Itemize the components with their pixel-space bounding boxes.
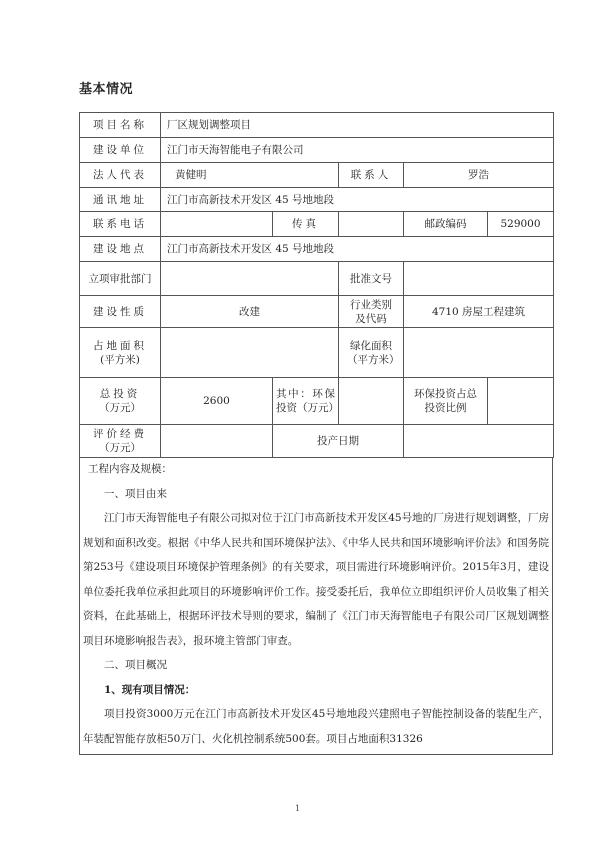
nature-value: 改建 xyxy=(161,296,339,328)
row-address: 通讯地址 江门市高新技术开发区 45 号地地段 xyxy=(80,188,554,212)
content-heading: 工程内容及规模： xyxy=(80,457,552,482)
builder-label: 建设单位 xyxy=(80,138,161,163)
green-area-label: 绿化面积（平方米） xyxy=(339,328,404,378)
env-ratio-value xyxy=(488,378,554,425)
paragraph-project-origin: 江门市天海智能电子有限公司拟对位于江门市高新技术开发区45号地的厂房进行规划调整… xyxy=(80,506,552,653)
project-name-value: 厂区规划调整项目 xyxy=(161,113,554,138)
land-area-label: 占地面积 (平方米) xyxy=(80,328,161,378)
subsection-existing-project: 1、现有项目情况： xyxy=(80,678,552,703)
start-date-label: 投产日期 xyxy=(273,425,404,458)
project-name-label: 项目名称 xyxy=(80,113,161,138)
industry-value: 4710 房屋工程建筑 xyxy=(404,296,554,328)
project-content-box: 工程内容及规模： 一、项目由来 江门市天海智能电子有限公司拟对位于江门市高新技术… xyxy=(79,457,553,755)
green-area-value xyxy=(404,328,554,378)
total-invest-label-1: 总投资 xyxy=(83,387,157,401)
approval-no-value xyxy=(404,262,554,296)
phone-label: 联系电话 xyxy=(80,212,161,237)
postcode-label: 邮政编码 xyxy=(404,212,488,237)
contact-value: 罗浩 xyxy=(404,163,554,188)
section-title: 基本情况 xyxy=(79,78,133,97)
row-eval-fee: 评价经费 （万元） 投产日期 xyxy=(80,425,554,458)
row-phone: 联系电话 传真 邮政编码 529000 xyxy=(80,212,554,237)
env-invest-label: 其中：环保投资（万元） xyxy=(273,378,339,425)
land-area-label-2: (平方米) xyxy=(83,353,157,367)
eval-fee-label-2: （万元） xyxy=(83,441,157,455)
row-area: 占地面积 (平方米) 绿化面积（平方米） xyxy=(80,328,554,378)
land-area-label-1: 占地面积 xyxy=(83,339,157,353)
basic-info-table: 项目名称 厂区规划调整项目 建设单位 江门市天海智能电子有限公司 法人代表 黄健… xyxy=(79,112,554,458)
phone-value xyxy=(161,212,273,237)
fax-value xyxy=(339,212,404,237)
paragraph-existing-project: 项目投资3000万元在江门市高新技术开发区45号地地段兴建照电子智能控制设备的装… xyxy=(80,702,552,751)
section-project-overview: 二、项目概况 xyxy=(80,653,552,678)
site-label: 建设地点 xyxy=(80,237,161,262)
approval-dept-value xyxy=(161,262,339,296)
eval-fee-label: 评价经费 （万元） xyxy=(80,425,161,458)
row-investment: 总投资 （万元） 2600 其中：环保投资（万元） 环保投资占总投资比例 xyxy=(80,378,554,425)
env-invest-value xyxy=(339,378,404,425)
row-site: 建设地点 江门市高新技术开发区 45 号地地段 xyxy=(80,237,554,262)
total-invest-value: 2600 xyxy=(161,378,273,425)
eval-fee-label-1: 评价经费 xyxy=(83,427,157,441)
row-builder: 建设单位 江门市天海智能电子有限公司 xyxy=(80,138,554,163)
section-project-origin: 一、项目由来 xyxy=(80,482,552,507)
approval-no-label: 批准文号 xyxy=(339,262,404,296)
legal-rep-value: 黄健明 xyxy=(161,163,339,188)
builder-value: 江门市天海智能电子有限公司 xyxy=(161,138,554,163)
industry-label: 行业类别及代码 xyxy=(339,296,404,328)
land-area-value xyxy=(161,328,339,378)
site-value: 江门市高新技术开发区 45 号地地段 xyxy=(161,237,554,262)
env-ratio-label: 环保投资占总投资比例 xyxy=(404,378,488,425)
legal-rep-label: 法人代表 xyxy=(80,163,161,188)
address-label: 通讯地址 xyxy=(80,188,161,212)
row-approval: 立项审批部门 批准文号 xyxy=(80,262,554,296)
start-date-value xyxy=(404,425,554,458)
page-number: 1 xyxy=(0,804,595,813)
eval-fee-value xyxy=(161,425,273,458)
approval-dept-label: 立项审批部门 xyxy=(80,262,161,296)
fax-label: 传真 xyxy=(273,212,339,237)
postcode-value: 529000 xyxy=(488,212,554,237)
total-invest-label-2: （万元） xyxy=(83,401,157,415)
address-value: 江门市高新技术开发区 45 号地地段 xyxy=(161,188,554,212)
row-nature: 建设性质 改建 行业类别及代码 4710 房屋工程建筑 xyxy=(80,296,554,328)
nature-label: 建设性质 xyxy=(80,296,161,328)
row-project-name: 项目名称 厂区规划调整项目 xyxy=(80,113,554,138)
total-invest-label: 总投资 （万元） xyxy=(80,378,161,425)
row-legal-rep: 法人代表 黄健明 联系人 罗浩 xyxy=(80,163,554,188)
contact-label: 联系人 xyxy=(339,163,404,188)
